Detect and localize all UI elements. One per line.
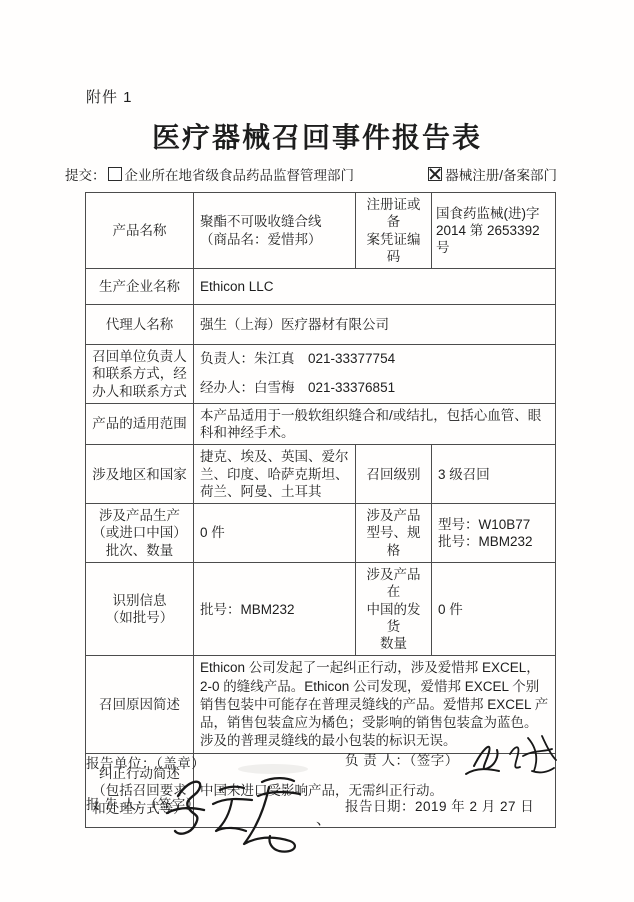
batches-label: 涉及产品生产 （或进口中国） 批次、数量 (86, 504, 194, 563)
submit-option-province: 提交： 企业所在地省级食品药品监督管理部门 (65, 164, 354, 184)
product-name-value: 聚酯不可吸收缝合线 （商品名：爱惜邦） (194, 193, 356, 269)
report-date-value: 2019 年 2 月 27 日 (415, 799, 534, 814)
submit-option-registration: 器械注册/备案部门 (426, 164, 557, 184)
responsible-signature (462, 726, 562, 788)
table-row: 召回单位负责人 和联系方式，经 办人和联系方式 负责人：朱江真 021-3337… (86, 345, 556, 404)
signature-comma-mark: 、 (316, 808, 331, 829)
registration-value: 国食药监械(进)字 2014 第 2653392 号 (432, 193, 556, 269)
submit-option-province-label: 企业所在地省级食品药品监督管理部门 (125, 164, 355, 184)
table-row: 代理人名称 强生（上海）医疗器材有限公司 (86, 305, 556, 345)
page-title: 医疗器械召回事件报告表 (0, 116, 634, 156)
regions-label: 涉及地区和国家 (86, 445, 194, 504)
contacts-label: 召回单位负责人 和联系方式，经 办人和联系方式 (86, 345, 194, 404)
scope-value: 本产品适用于一般软组织缝合和/或结扎，包括心血管、眼科和神经手术。 (194, 403, 556, 445)
table-row: 涉及产品生产 （或进口中国） 批次、数量 0 件 涉及产品 型号、规格 型号：W… (86, 504, 556, 563)
agent-label: 代理人名称 (86, 305, 194, 345)
checkbox-province-authority (108, 167, 122, 181)
model-spec-label: 涉及产品 型号、规格 (356, 504, 432, 563)
table-row: 涉及地区和国家 捷克、埃及、英国、爱尔 兰、印度、哈萨克斯坦、 荷兰、阿曼、土耳… (86, 445, 556, 504)
report-date-label: 报告日期： (345, 799, 415, 814)
attachment-label: 附件 1 (86, 86, 133, 107)
responsible-person-label: 负 责 人：（签字） (345, 749, 459, 769)
contacts-value: 负责人：朱江真 021-33377754 经办人：白雪梅 021-3337685… (194, 345, 556, 404)
agent-value: 强生（上海）医疗器材有限公司 (194, 305, 556, 345)
table-row: 产品的适用范围 本产品适用于一般软组织缝合和/或结扎，包括心血管、眼科和神经手术… (86, 403, 556, 445)
identification-value: 批号：MBM232 (194, 562, 356, 655)
manufacturer-label: 生产企业名称 (86, 269, 194, 305)
registration-label: 注册证或备 案凭证编码 (356, 193, 432, 269)
manufacturer-value: Ethicon LLC (194, 269, 556, 305)
product-name-label: 产品名称 (86, 193, 194, 269)
scanned-report-page: 附件 1 医疗器械召回事件报告表 提交： 企业所在地省级食品药品监督管理部门 器… (0, 0, 634, 902)
table-row: 产品名称 聚酯不可吸收缝合线 （商品名：爱惜邦） 注册证或备 案凭证编码 国食药… (86, 193, 556, 269)
table-row: 生产企业名称 Ethicon LLC (86, 269, 556, 305)
submit-row: 提交： 企业所在地省级食品药品监督管理部门 器械注册/备案部门 (65, 164, 557, 184)
identification-label: 识别信息 （如批号） (86, 562, 194, 655)
submit-option-registration-label: 器械注册/备案部门 (445, 164, 557, 184)
recall-level-value: 3 级召回 (432, 445, 556, 504)
model-spec-value: 型号：W10B77 批号：MBM232 (432, 504, 556, 563)
recall-level-label: 召回级别 (356, 445, 432, 504)
reporter-signature (162, 766, 312, 858)
checkbox-registration-dept (428, 167, 442, 181)
batches-value: 0 件 (194, 504, 356, 563)
recall-reason-label: 召回原因简述 (86, 656, 194, 754)
table-row: 识别信息 （如批号） 批号：MBM232 涉及产品在 中国的发货 数量 0 件 (86, 562, 556, 655)
china-shipment-label: 涉及产品在 中国的发货 数量 (356, 562, 432, 655)
china-shipment-value: 0 件 (432, 562, 556, 655)
regions-value: 捷克、埃及、英国、爱尔 兰、印度、哈萨克斯坦、 荷兰、阿曼、土耳其 (194, 445, 356, 504)
scope-label: 产品的适用范围 (86, 403, 194, 445)
submit-label: 提交： (65, 164, 106, 184)
report-date: 报告日期：2019 年 2 月 27 日 (345, 795, 534, 815)
